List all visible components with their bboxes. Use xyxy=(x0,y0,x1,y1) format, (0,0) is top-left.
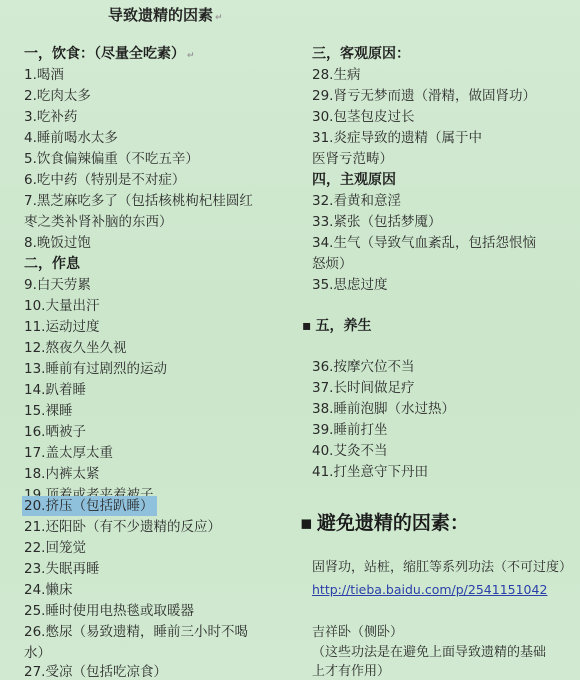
list-item-continuation: 怒烦） xyxy=(312,254,353,274)
section-heading-objective: 三，客观原因： xyxy=(312,44,410,64)
list-item: 8.晚饭过饱 xyxy=(24,233,91,253)
list-item: 1.喝酒 xyxy=(24,65,64,85)
list-item: 41.打坐意守下丹田 xyxy=(312,462,428,482)
list-item: 17.盖太厚太重 xyxy=(24,443,113,463)
list-item: 27.受凉（包括吃凉食） xyxy=(24,662,167,680)
list-item-continuation: 医肾亏范畴） xyxy=(312,149,393,169)
list-item: 31.炎症导致的遗精（属于中 xyxy=(312,128,482,148)
list-item-highlighted[interactable]: 20.挤压（包括趴睡） xyxy=(22,496,157,516)
avoid-heading: ▪避免遗精的因素： xyxy=(300,510,469,536)
avoid-note: （这些功法是在避免上面导致遗精的基础 xyxy=(312,643,546,663)
list-item: 10.大量出汗 xyxy=(24,296,99,316)
list-item: 14.趴着睡 xyxy=(24,380,86,400)
list-item: 5.饮食偏辣偏重（不吃五辛） xyxy=(24,149,199,169)
bullet-icon: ▪ xyxy=(300,512,313,534)
list-item: 15.裸睡 xyxy=(24,401,72,421)
list-item: 35.思虑过度 xyxy=(312,275,387,295)
list-item: 37.长时间做足疗 xyxy=(312,378,414,398)
list-item: 2.吃肉太多 xyxy=(24,86,91,106)
title-text: 导致遗精的因素 xyxy=(108,6,213,24)
list-item: 4.睡前喝水太多 xyxy=(24,128,118,148)
document-title: 导致遗精的因素↵ xyxy=(108,4,223,25)
sleep-posture: 吉祥卧（侧卧） xyxy=(312,623,403,643)
list-item: 32.看黄和意淫 xyxy=(312,191,401,211)
list-item: 29.肾亏无梦而遗（滑精，做固肾功） xyxy=(312,86,536,106)
list-item: 39.睡前打坐 xyxy=(312,420,387,440)
section-heading-health: ▪五，养生 xyxy=(302,316,372,336)
list-item: 3.吃补药 xyxy=(24,107,77,127)
section-heading-subjective: 四，主观原因 xyxy=(312,170,396,190)
list-item: 33.紧张（包括梦魇） xyxy=(312,212,441,232)
list-item: 30.包茎包皮过长 xyxy=(312,107,414,127)
list-item: 6.吃中药（特别是不对症） xyxy=(24,170,185,190)
list-item: 22.回笼觉 xyxy=(24,538,86,558)
list-item: 18.内裤太紧 xyxy=(24,464,99,484)
list-item: 24.懒床 xyxy=(24,580,72,600)
document-page: 导致遗精的因素↵ 一，饮食：（尽量全吃素）↵ 1.喝酒 2.吃肉太多 3.吃补药… xyxy=(0,0,580,680)
paragraph-mark: ↵ xyxy=(215,13,223,23)
list-item: 7.黑芝麻吃多了（包括核桃枸杞桂圆红 xyxy=(24,191,253,211)
list-item: 11.运动过度 xyxy=(24,317,99,337)
bullet-icon: ▪ xyxy=(302,318,312,334)
list-item: 26.憋尿（易致遗精，睡前三小时不喝 xyxy=(24,622,248,642)
list-item: 16.晒被子 xyxy=(24,422,86,442)
avoid-note-continuation: 上才有作用） xyxy=(312,662,390,680)
section-heading-diet: 一，饮食：（尽量全吃素）↵ xyxy=(24,44,195,66)
list-item: 23.失眠再睡 xyxy=(24,559,99,579)
list-item: 28.生病 xyxy=(312,65,360,85)
list-item: 40.艾灸不当 xyxy=(312,441,387,461)
list-item-continuation: 枣之类补肾补脑的东西） xyxy=(24,212,173,232)
list-item: 13.睡前有过剧烈的运动 xyxy=(24,359,167,379)
section-heading-routine: 二，作息 xyxy=(24,254,80,274)
list-item-continuation: 水） xyxy=(24,643,51,663)
list-item: 12.熬夜久坐久视 xyxy=(24,338,126,358)
list-item: 36.按摩穴位不当 xyxy=(312,357,414,377)
list-item: 25.睡时使用电热毯或取暖器 xyxy=(24,601,194,621)
list-item: 21.还阳卧（有不少遗精的反应） xyxy=(24,517,221,537)
list-item: 38.睡前泡脚（水过热） xyxy=(312,399,455,419)
avoid-methods: 固肾功，站桩，缩肛等系列功法（不可过度） xyxy=(312,558,572,578)
list-item: 9.白天劳累 xyxy=(24,275,91,295)
list-item: 34.生气（导致气血紊乱，包括怨恨恼 xyxy=(312,233,536,253)
reference-link[interactable]: http://tieba.baidu.com/p/2541151042 xyxy=(312,580,547,600)
